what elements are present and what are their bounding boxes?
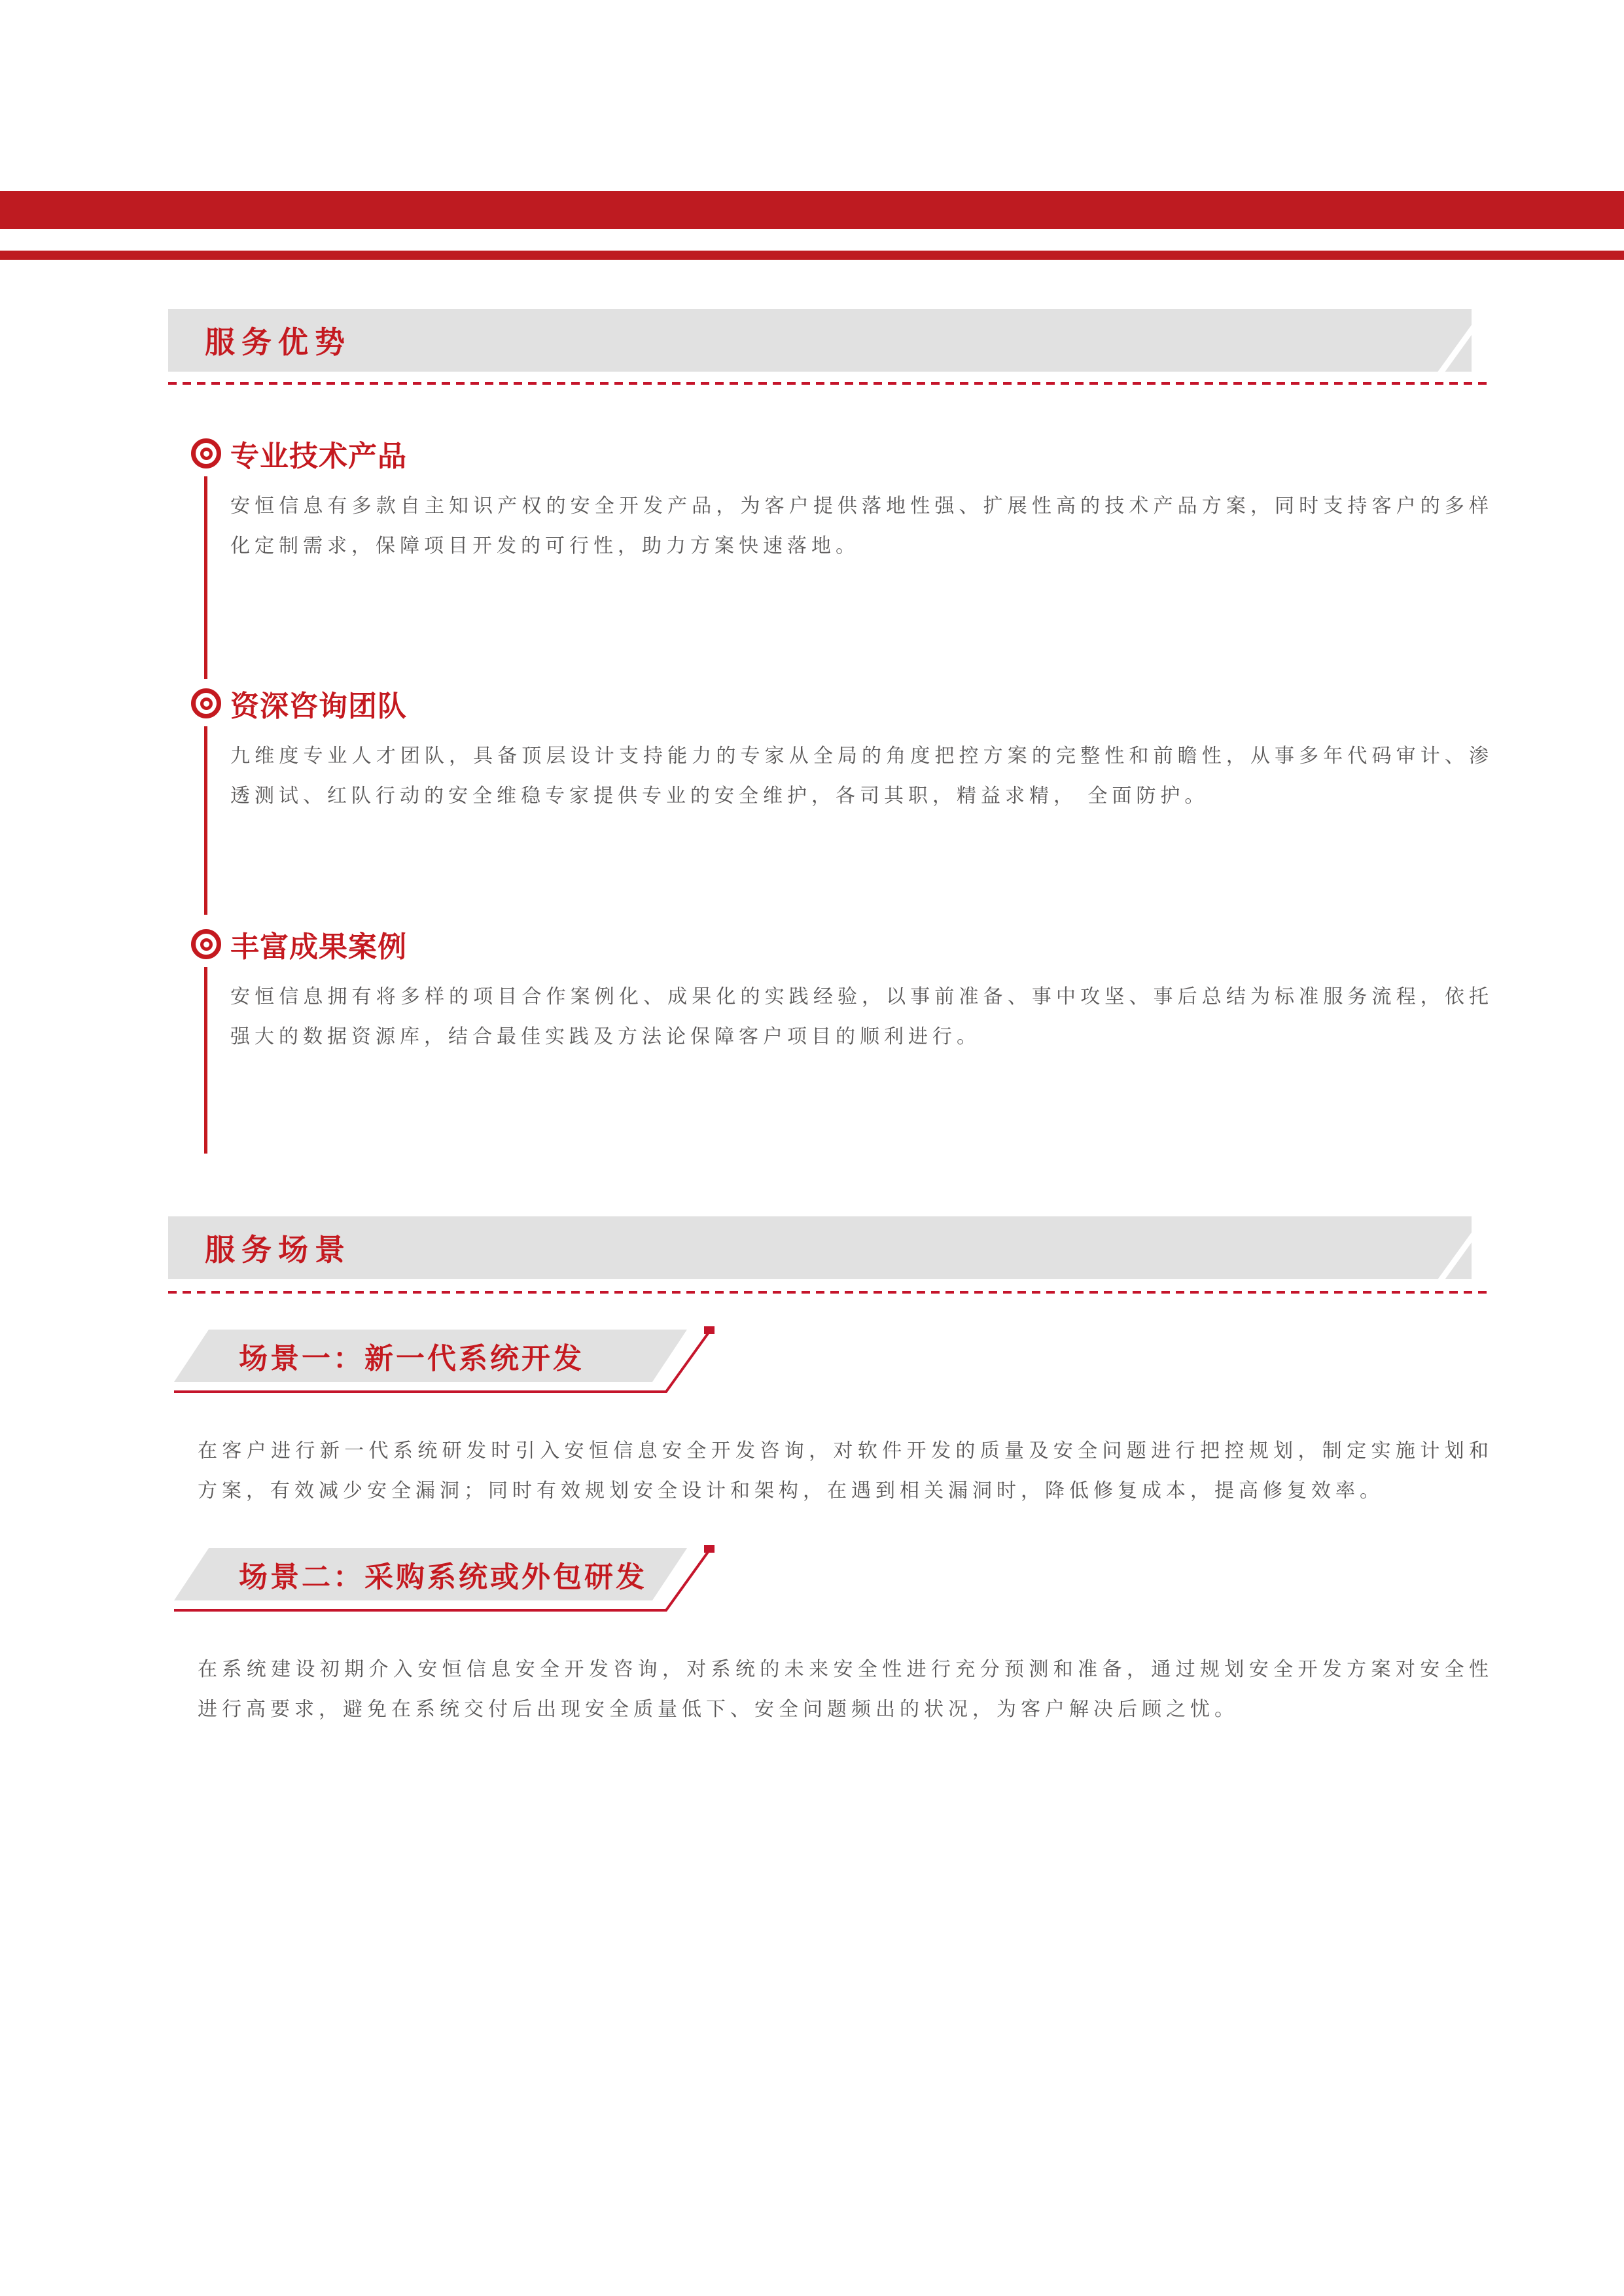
advantage-body: 九维度专业人才团队，具备顶层设计支持能力的专家从全局的角度把控方案的完整性和前瞻…	[230, 736, 1493, 816]
top-red-bar-thin	[0, 251, 1624, 260]
scenario-swoosh-decoration	[170, 1320, 726, 1402]
bullseye-icon	[191, 929, 221, 959]
vertical-line-decoration	[204, 726, 207, 915]
scenario-body: 在系统建设初期介入安恒信息安全开发咨询，对系统的未来安全性进行充分预测和准备，通…	[198, 1650, 1493, 1729]
vertical-line-decoration	[204, 476, 207, 679]
banner-slash-decoration	[1428, 311, 1472, 372]
flag-rectangle-icon	[704, 1545, 715, 1553]
dashed-divider	[168, 1291, 1491, 1294]
brochure-page: 服务优势 专业技术产品 安恒信息有多款自主知识产权的安全开发产品，为客户提供落地…	[0, 0, 1624, 2296]
advantages-section-banner: 服务优势	[168, 309, 1472, 372]
swoosh-line	[174, 1333, 708, 1392]
flag-rectangle-icon	[704, 1326, 715, 1334]
bullseye-inner-ring	[200, 698, 213, 710]
advantages-section-title: 服务优势	[205, 309, 351, 372]
scenario-body: 在客户进行新一代系统研发时引入安恒信息安全开发咨询，对软件开发的质量及安全问题进…	[198, 1431, 1493, 1511]
advantage-heading: 专业技术产品	[230, 438, 407, 468]
bullseye-inner-ring	[200, 448, 213, 460]
scenarios-section-banner: 服务场景	[168, 1216, 1472, 1279]
vertical-line-decoration	[204, 967, 207, 1154]
advantage-heading: 丰富成果案例	[230, 929, 407, 959]
advantage-body: 安恒信息有多款自主知识产权的安全开发产品，为客户提供落地性强、扩展性高的技术产品…	[230, 486, 1493, 566]
bullseye-icon	[191, 688, 221, 718]
top-red-bar-thick	[0, 191, 1624, 229]
banner-slash-decoration	[1428, 1218, 1472, 1279]
scenarios-section-title: 服务场景	[205, 1216, 351, 1279]
advantage-body: 安恒信息拥有将多样的项目合作案例化、成果化的实践经验，以事前准备、事中攻坚、事后…	[230, 977, 1493, 1057]
advantage-heading: 资深咨询团队	[230, 688, 407, 718]
dashed-divider	[168, 382, 1491, 385]
bullseye-icon	[191, 438, 221, 468]
swoosh-line	[174, 1552, 708, 1610]
scenario-swoosh-decoration	[170, 1539, 726, 1620]
bullseye-inner-ring	[200, 938, 213, 951]
